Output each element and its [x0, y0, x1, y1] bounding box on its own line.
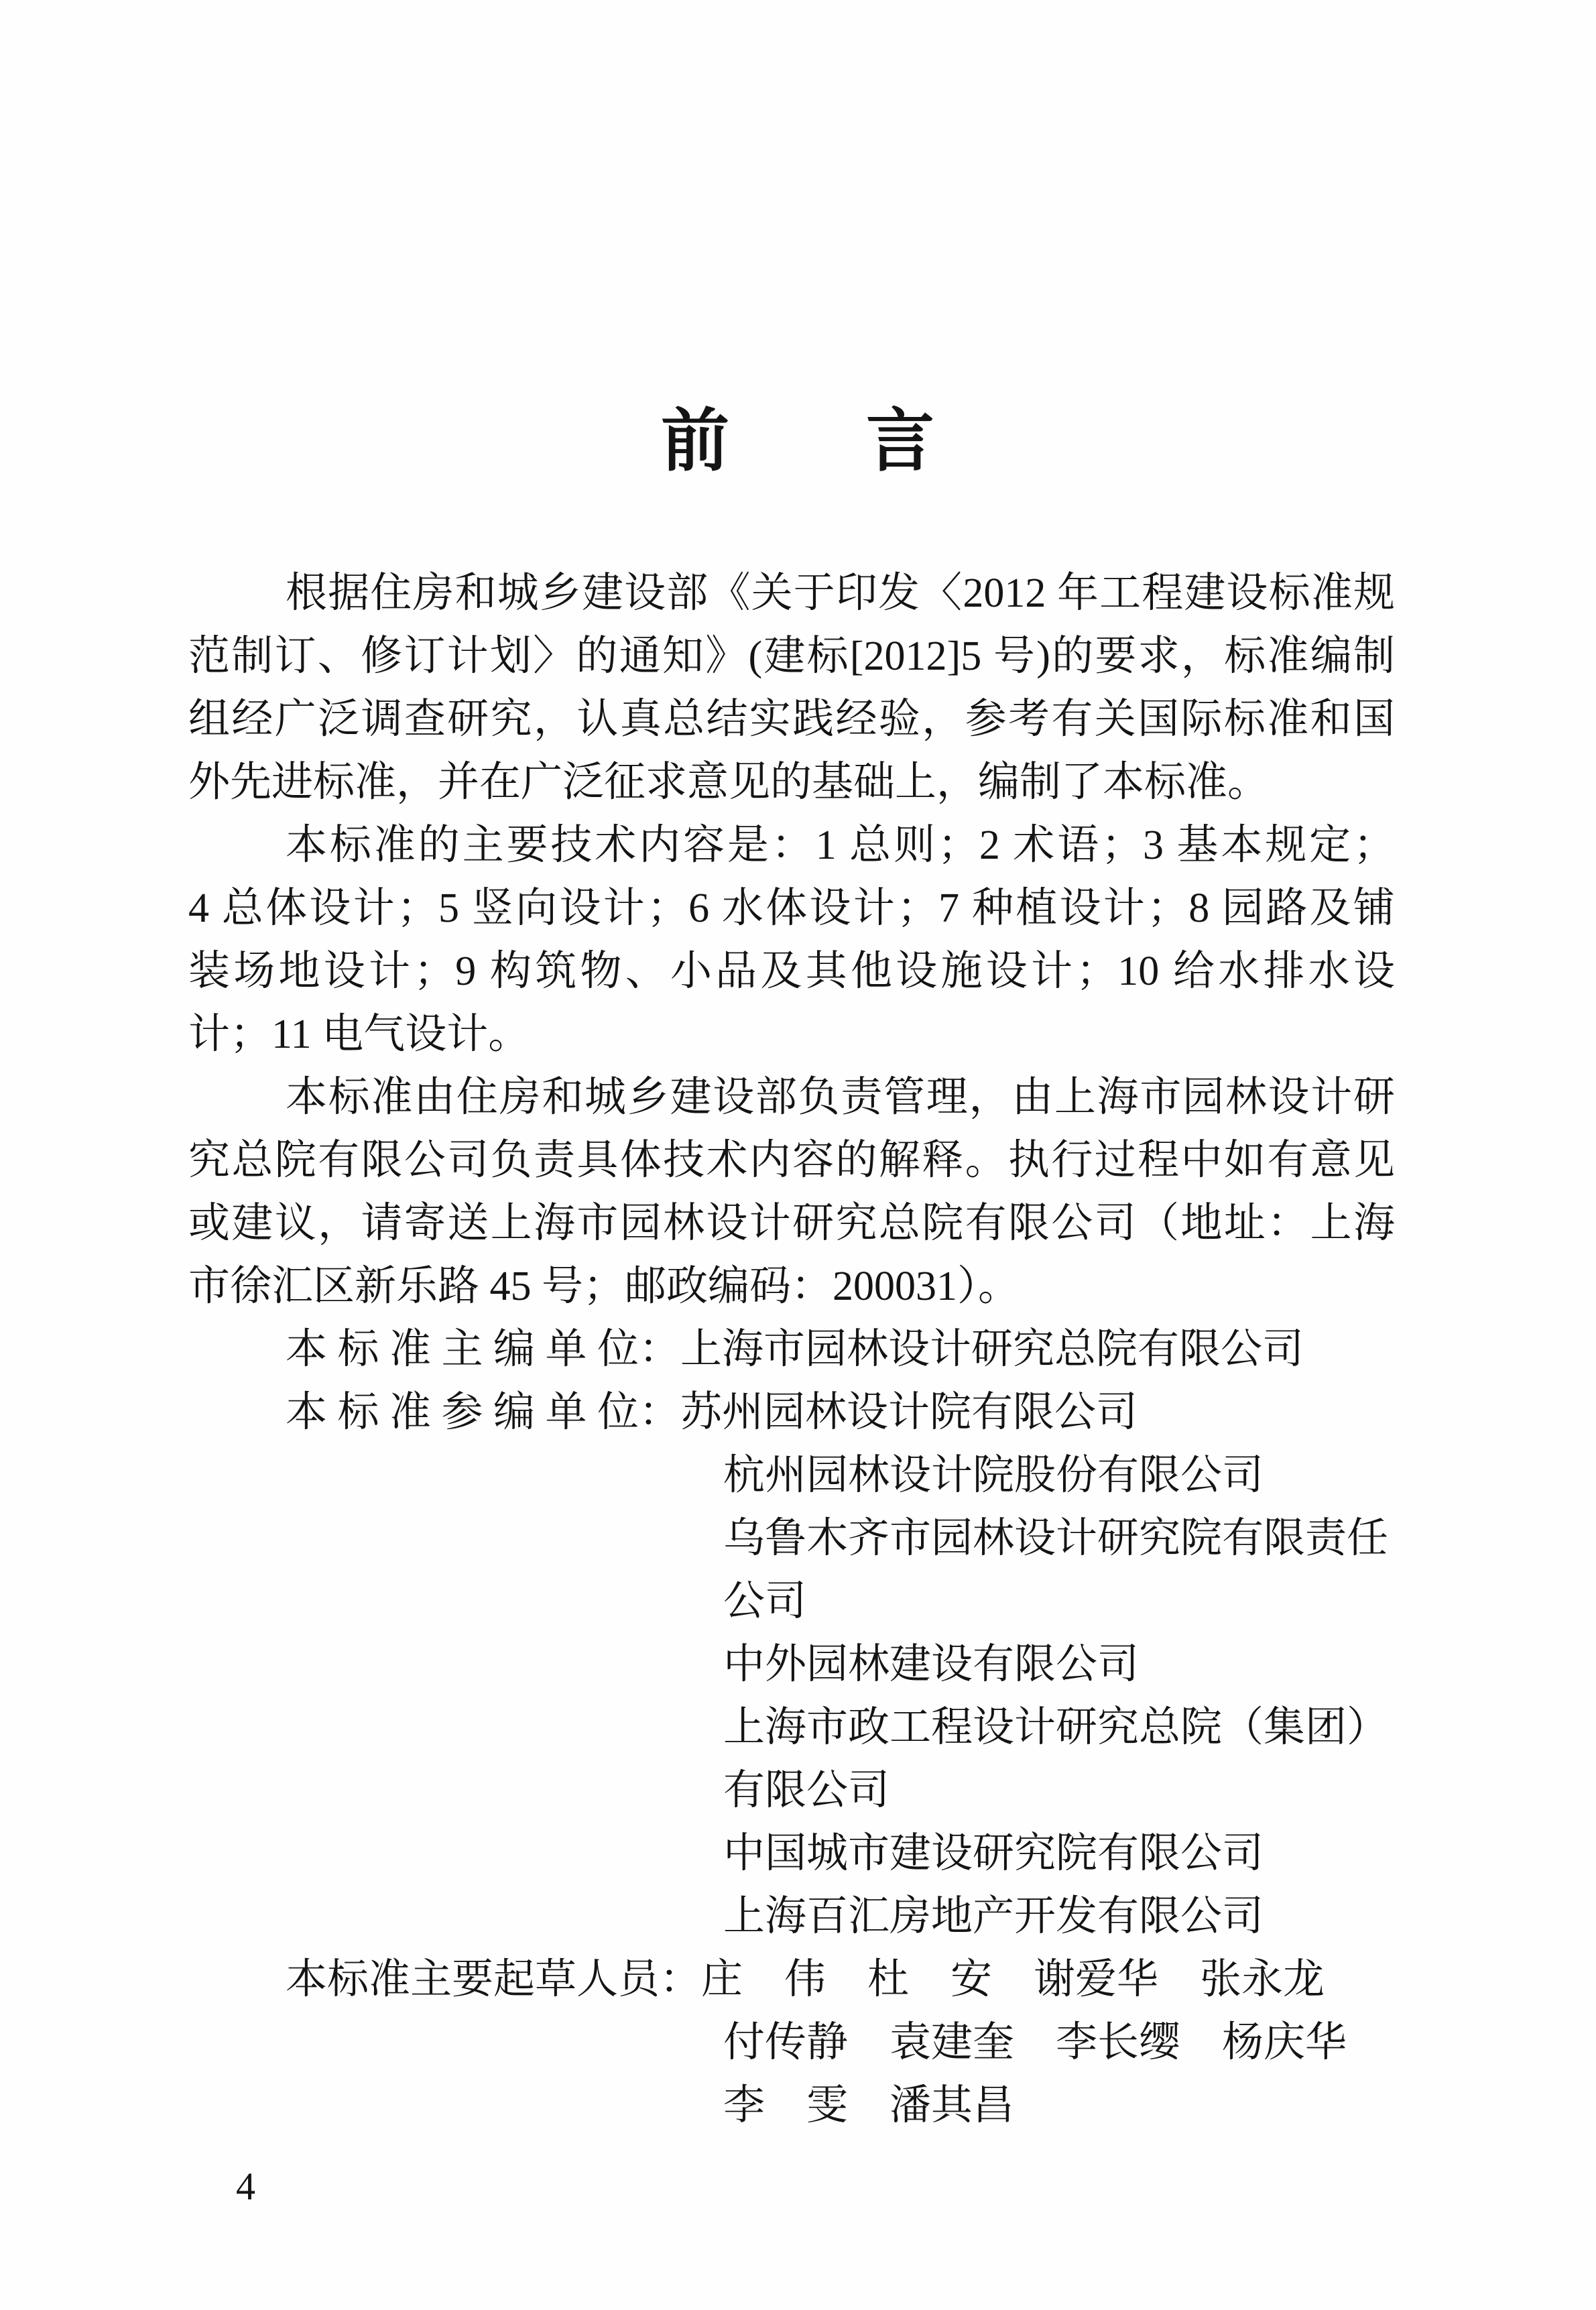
paragraph-2-line: 计；11 电气设计。 [188, 1003, 1395, 1066]
participating-unit-name-wrap: 公司 [188, 1570, 1395, 1633]
paragraph-2-line: 装场地设计；9 构筑物、小品及其他设施设计；10 给水排水设 [188, 940, 1395, 1003]
paragraph-2-line: 4 总体设计；5 竖向设计；6 水体设计；7 种植设计；8 园路及铺 [188, 877, 1395, 940]
paragraph-3-line: 究总院有限公司负责具体技术内容的解释。执行过程中如有意见 [188, 1129, 1395, 1192]
participating-units-line: 本 标 准 参 编 单 位：苏州园林设计院有限公司 [188, 1381, 1395, 1444]
chief-editor-unit-label: 本 标 准 主 编 单 位： [286, 1318, 680, 1381]
scanned-document-page: 前 言 根据住房和城乡建设部《关于印发〈2012 年工程建设标准规 范制订、修订… [0, 0, 1596, 2310]
participating-unit-name: 上海市政工程设计研究总院（集团） [188, 1696, 1395, 1759]
paragraph-1-line: 范制订、修订计划〉的通知》(建标[2012]5 号)的要求，标准编制 [188, 625, 1395, 688]
drafters-label: 本标准主要起草人员： [286, 1948, 701, 2011]
participating-unit-name: 中国城市建设研究院有限公司 [188, 1822, 1395, 1885]
participating-unit-name-wrap: 有限公司 [188, 1759, 1395, 1822]
participating-unit-name: 杭州园林设计院股份有限公司 [188, 1444, 1395, 1507]
paragraph-1-line: 根据住房和城乡建设部《关于印发〈2012 年工程建设标准规 [188, 562, 1395, 625]
foreword-body: 根据住房和城乡建设部《关于印发〈2012 年工程建设标准规 范制订、修订计划〉的… [188, 562, 1395, 2137]
participating-unit-name: 苏州园林设计院有限公司 [680, 1381, 1138, 1444]
paragraph-1-line: 组经广泛调查研究，认真总结实践经验，参考有关国际标准和国 [188, 688, 1395, 751]
chief-editor-unit-line: 本 标 准 主 编 单 位：上海市园林设计研究总院有限公司 [188, 1318, 1395, 1381]
drafters-names-row: 庄 伟 杜 安 谢爱华 张永龙 [701, 1948, 1325, 2011]
paragraph-3-line: 本标准由住房和城乡建设部负责管理，由上海市园林设计研 [188, 1066, 1395, 1129]
drafters-names-row: 李 雯 潘其昌 [188, 2074, 1395, 2137]
chief-editor-unit-name: 上海市园林设计研究总院有限公司 [680, 1318, 1304, 1381]
paragraph-3-line: 或建议，请寄送上海市园林设计研究总院有限公司（地址：上海 [188, 1192, 1395, 1255]
paragraph-3-line: 市徐汇区新乐路 45 号；邮政编码：200031）。 [188, 1255, 1395, 1318]
drafters-names-row: 付传静 袁建奎 李长缨 杨庆华 [188, 2011, 1395, 2074]
participating-unit-name: 乌鲁木齐市园林设计研究院有限责任 [188, 1507, 1395, 1570]
participating-unit-name: 上海百汇房地产开发有限公司 [188, 1885, 1395, 1948]
page-title: 前 言 [194, 400, 1401, 485]
participating-unit-name: 中外园林建设有限公司 [188, 1633, 1395, 1696]
participating-units-label: 本 标 准 参 编 单 位： [286, 1381, 680, 1444]
paragraph-2-line: 本标准的主要技术内容是：1 总则；2 术语；3 基本规定； [188, 814, 1395, 877]
page-number: 4 [236, 2160, 255, 2213]
drafters-line: 本标准主要起草人员：庄 伟 杜 安 谢爱华 张永龙 [188, 1948, 1395, 2011]
paragraph-1-line: 外先进标准，并在广泛征求意见的基础上，编制了本标准。 [188, 751, 1395, 814]
